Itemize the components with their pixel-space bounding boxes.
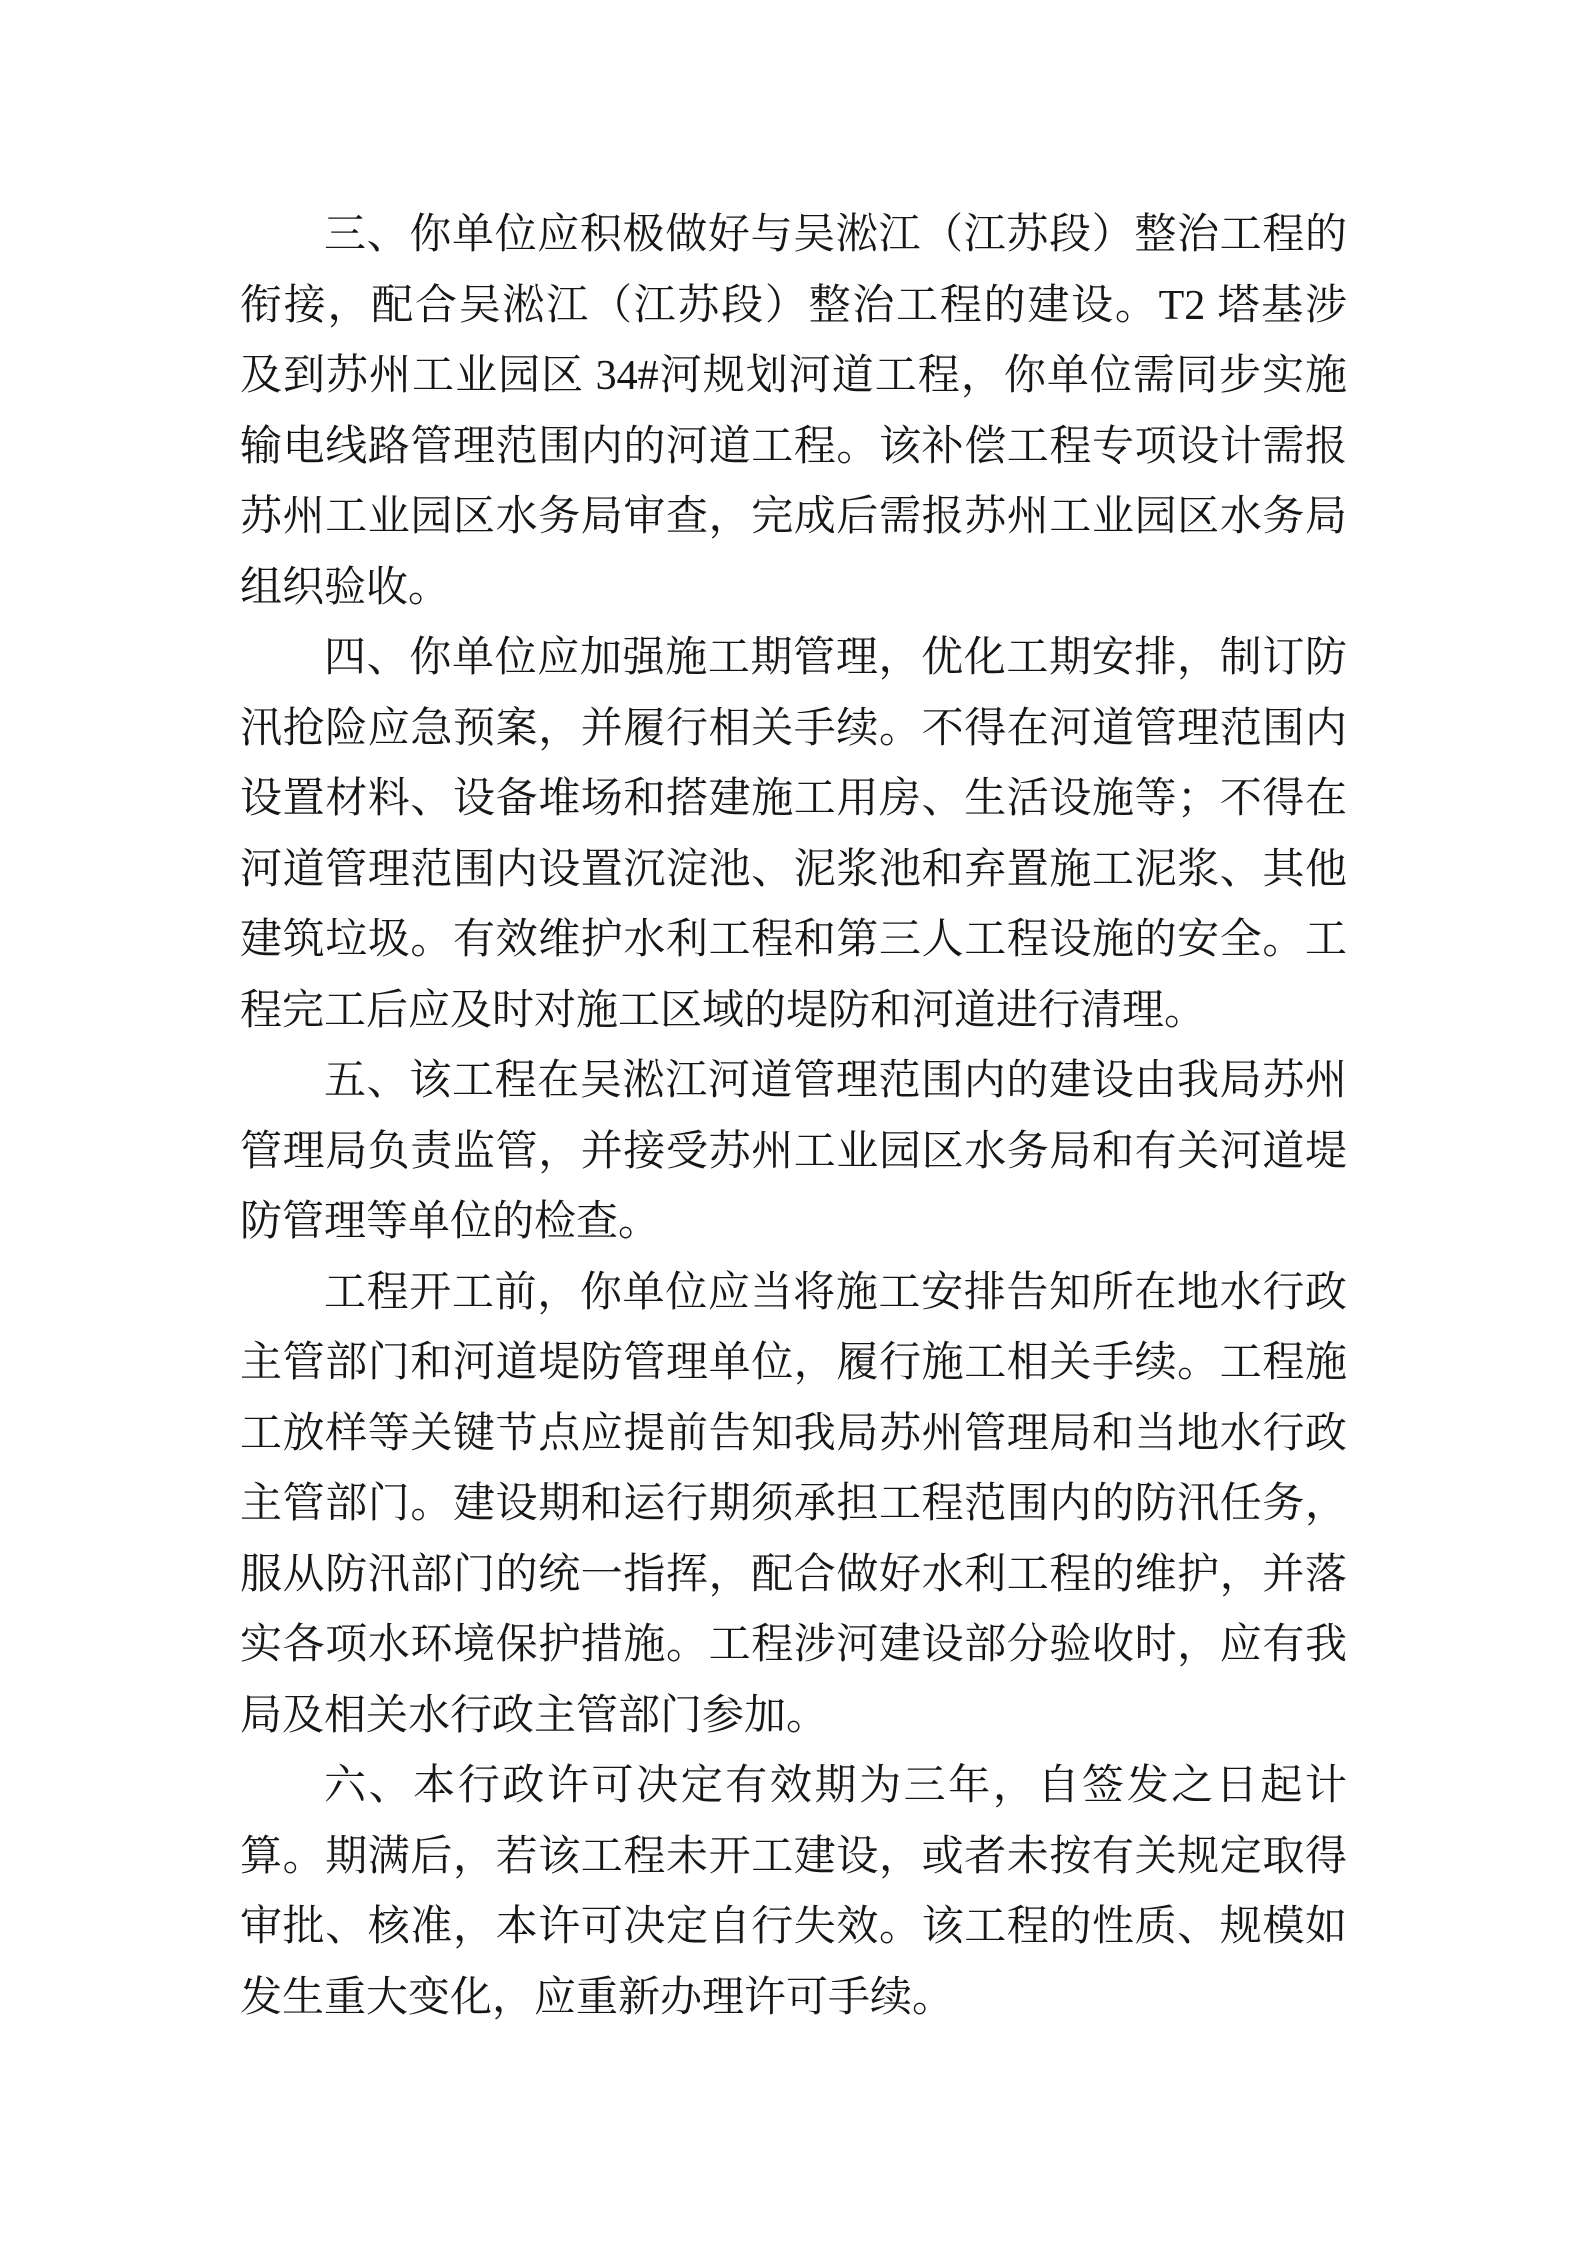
paragraph-item-four: 四、你单位应加强施工期管理，优化工期安排，制订防汛抢险应急预案，并履行相关手续。… (240, 623, 1347, 1046)
paragraph-item-three: 三、你单位应积极做好与吴淞江（江苏段）整治工程的衔接，配合吴淞江（江苏段）整治工… (240, 200, 1347, 623)
paragraph-pre-construction-notice: 工程开工前，你单位应当将施工安排告知所在地水行政主管部门和河道堤防管理单位，履行… (240, 1258, 1347, 1752)
document-page: 三、你单位应积极做好与吴淞江（江苏段）整治工程的衔接，配合吴淞江（江苏段）整治工… (0, 0, 1587, 2245)
paragraph-item-six: 六、本行政许可决定有效期为三年，自签发之日起计算。期满后，若该工程未开工建设，或… (240, 1751, 1347, 2033)
document-body-text: 三、你单位应积极做好与吴淞江（江苏段）整治工程的衔接，配合吴淞江（江苏段）整治工… (240, 200, 1347, 2033)
paragraph-item-five: 五、该工程在吴淞江河道管理范围内的建设由我局苏州管理局负责监管，并接受苏州工业园… (240, 1046, 1347, 1258)
